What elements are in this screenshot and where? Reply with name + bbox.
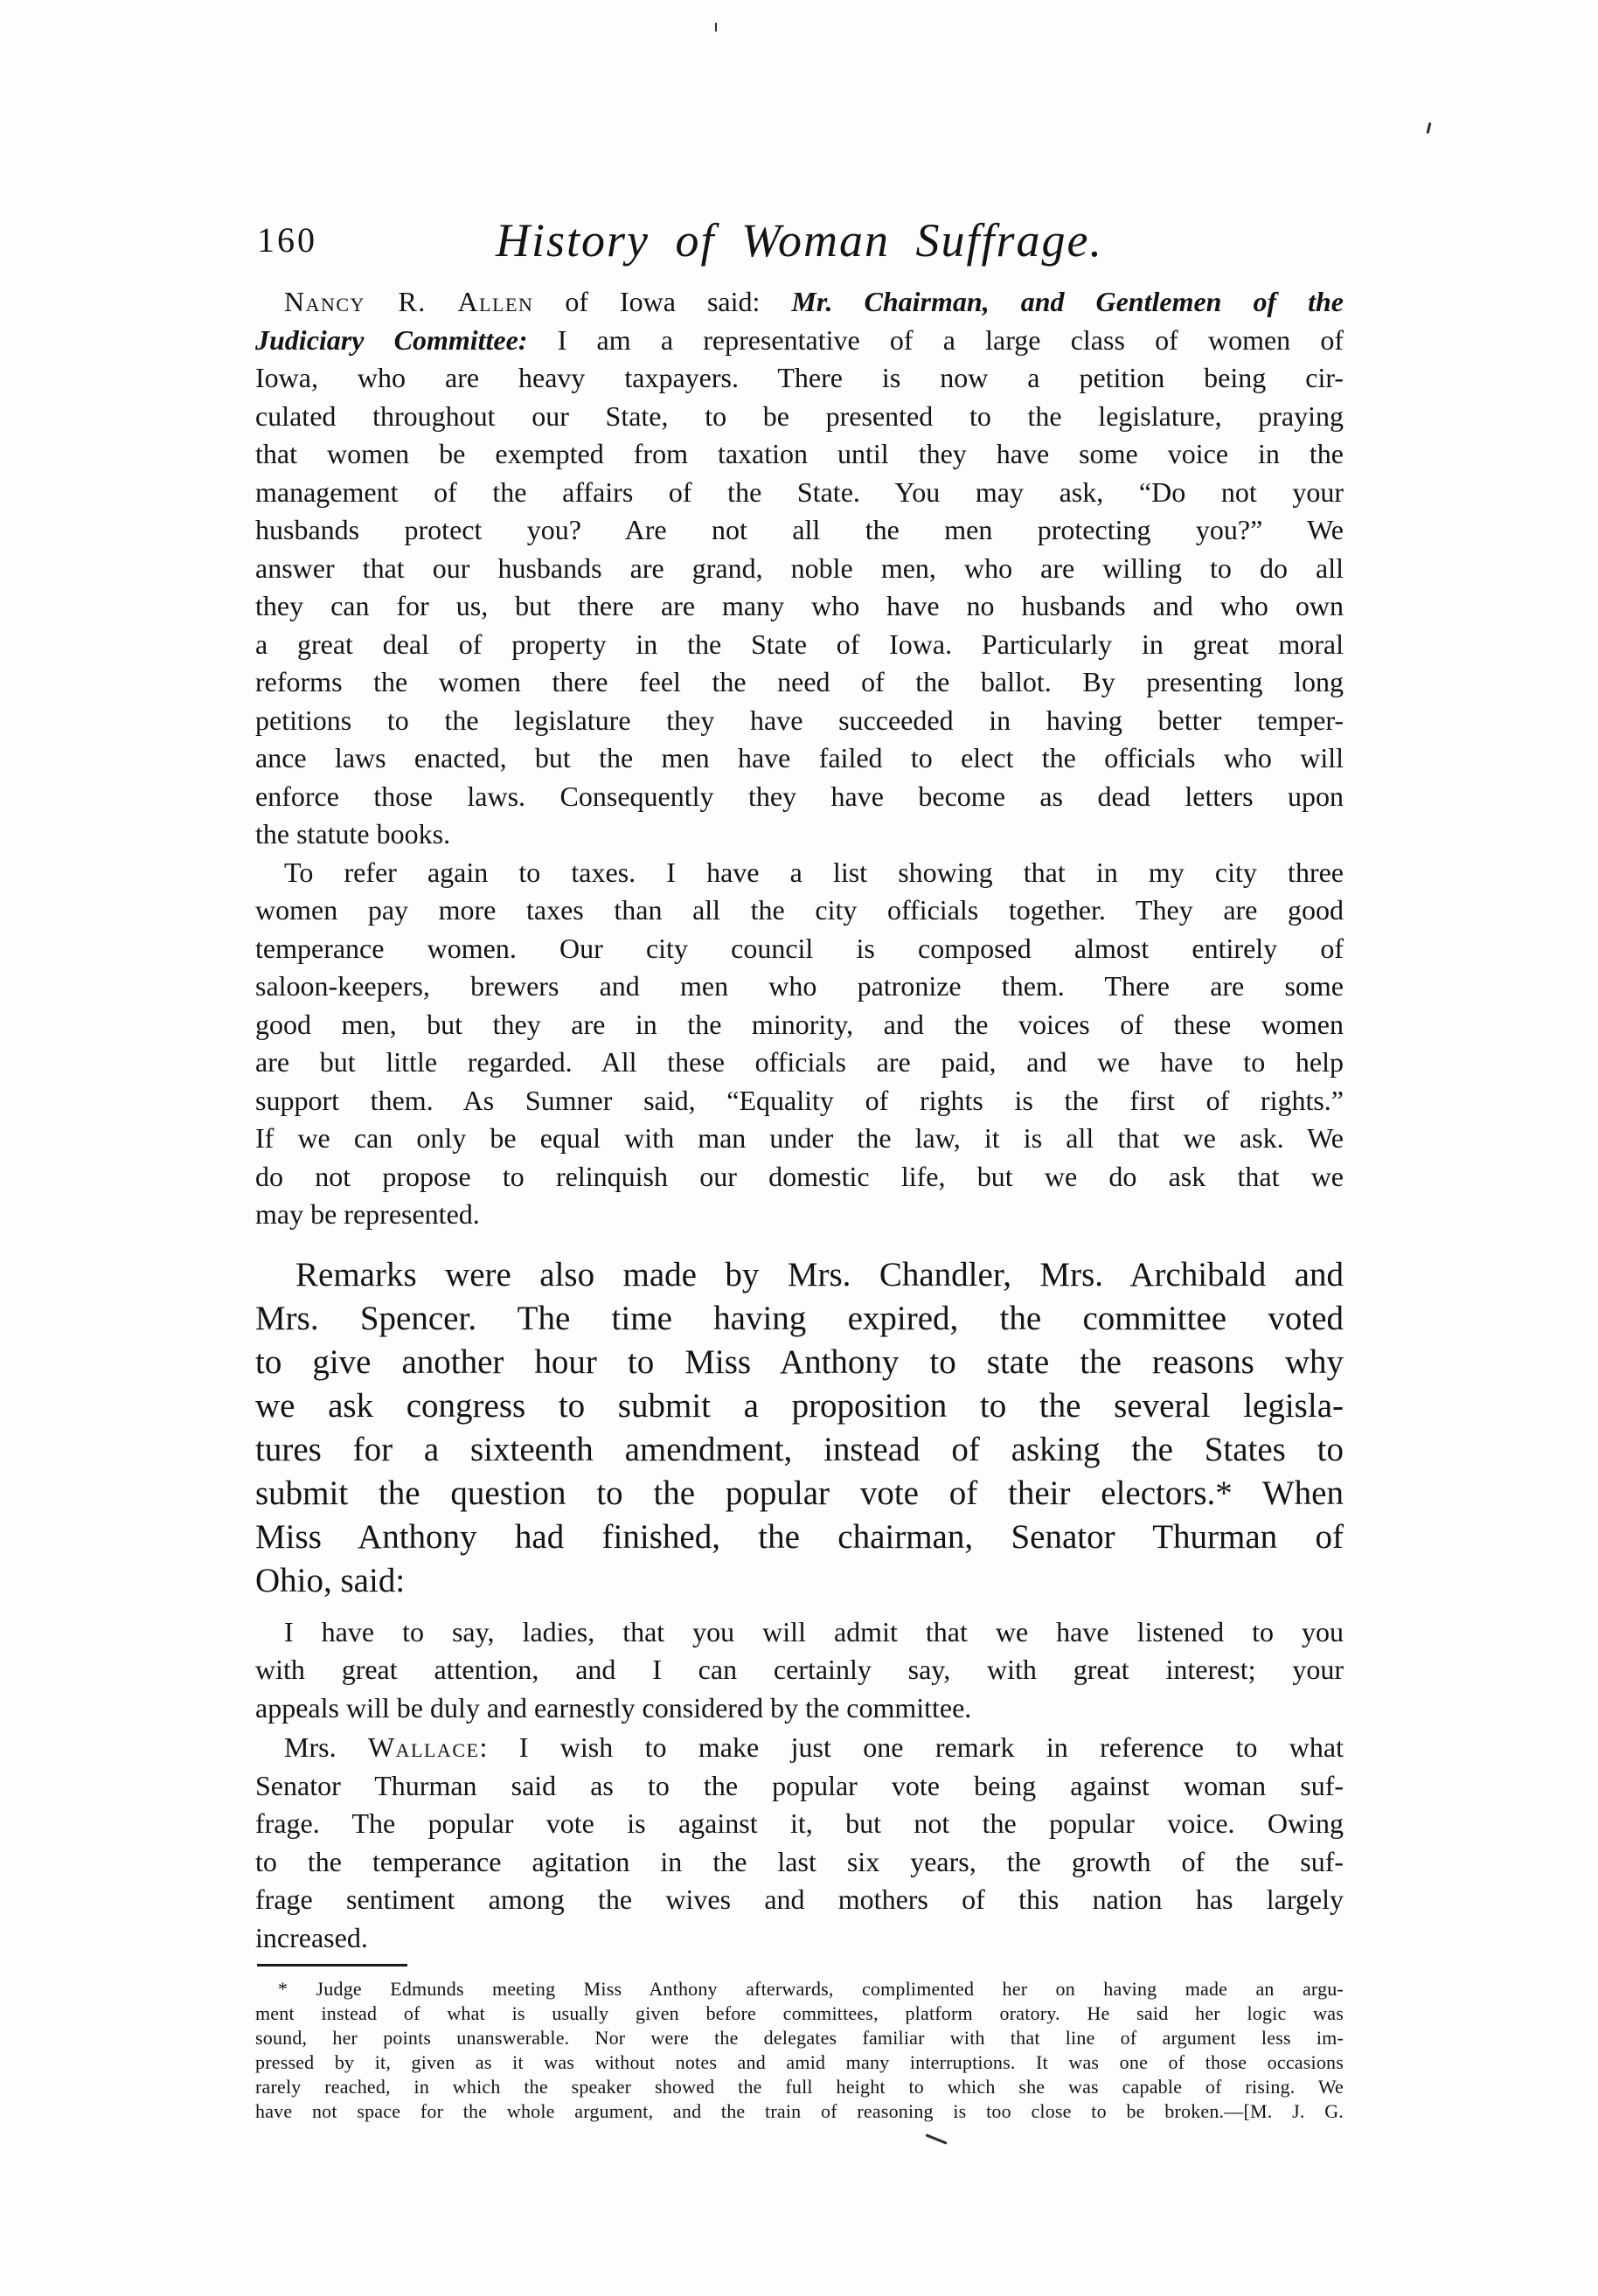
text-line: sound, her points unanswerable. Nor were… bbox=[255, 2026, 1344, 2050]
text-line: Mrs. Wallace: I wish to make just one re… bbox=[255, 1729, 1344, 1767]
paragraph-wallace: Mrs. Wallace: I wish to make just one re… bbox=[255, 1729, 1344, 1957]
text-run: of Iowa said: bbox=[533, 286, 791, 317]
text-line: To refer again to taxes. I have a list s… bbox=[255, 854, 1344, 892]
address-run: Judiciary Committee: bbox=[255, 324, 528, 356]
address-run: Mr. Chairman, and Gentlemen of the bbox=[791, 286, 1344, 317]
text-line: frage sentiment among the wives and moth… bbox=[255, 1881, 1344, 1919]
text-line: submit the question to the popular vote … bbox=[255, 1472, 1344, 1516]
text-line: I have to say, ladies, that you will adm… bbox=[255, 1613, 1344, 1652]
text-line: Senator Thurman said as to the popular v… bbox=[255, 1767, 1344, 1806]
text-line: Nancy R. Allen of Iowa said: Mr. Chairma… bbox=[255, 283, 1344, 322]
text-line: are but little regarded. All these offic… bbox=[255, 1044, 1344, 1082]
text-line: pressed by it, given as it was without n… bbox=[255, 2050, 1344, 2075]
text-line: appeals will be duly and earnestly consi… bbox=[255, 1689, 1344, 1728]
text-line: management of the affairs of the State. … bbox=[255, 474, 1344, 512]
text-line: tures for a sixteenth amendment, instead… bbox=[255, 1428, 1344, 1472]
text-line: rarely reached, in which the speaker sho… bbox=[255, 2075, 1344, 2099]
footnote: * Judge Edmunds meeting Miss Anthony aft… bbox=[255, 1977, 1344, 2124]
footnote-rule bbox=[257, 1964, 407, 1967]
text-line: If we can only be equal with man under t… bbox=[255, 1120, 1344, 1158]
text-line: that women be exempted from taxation unt… bbox=[255, 435, 1344, 474]
text-line: to give another hour to Miss Anthony to … bbox=[255, 1341, 1344, 1384]
scan-artifact bbox=[925, 2133, 947, 2145]
text-line: they can for us, but there are many who … bbox=[255, 587, 1344, 626]
scan-artifact bbox=[715, 23, 717, 31]
text-run: Mrs. bbox=[284, 1731, 368, 1763]
scan-artifact bbox=[1426, 122, 1431, 134]
text-line: Mrs. Spencer. The time having expired, t… bbox=[255, 1297, 1344, 1341]
text-line: Judiciary Committee: I am a representati… bbox=[255, 322, 1344, 360]
text-line: the statute books. bbox=[255, 815, 1344, 854]
text-line: culated throughout our State, to be pres… bbox=[255, 398, 1344, 436]
text-line: increased. bbox=[255, 1919, 1344, 1958]
paragraph-taxes: To refer again to taxes. I have a list s… bbox=[255, 854, 1344, 1234]
text-line: good men, but they are in the minority, … bbox=[255, 1006, 1344, 1044]
text-line: petitions to the legislature they have s… bbox=[255, 702, 1344, 740]
speaker-name: Nancy R. Allen bbox=[284, 286, 533, 317]
text-line: enforce those laws. Consequently they ha… bbox=[255, 778, 1344, 816]
text-line: we ask congress to submit a proposition … bbox=[255, 1384, 1344, 1428]
text-line: with great attention, and I can certainl… bbox=[255, 1651, 1344, 1689]
text-line: to the temperance agitation in the last … bbox=[255, 1843, 1344, 1882]
text-line: a great deal of property in the State of… bbox=[255, 626, 1344, 664]
text-line: Remarks were also made by Mrs. Chandler,… bbox=[255, 1253, 1344, 1297]
text-line: may be represented. bbox=[255, 1196, 1344, 1234]
text-line: have not space for the whole argument, a… bbox=[255, 2099, 1344, 2124]
text-block: Nancy R. Allen of Iowa said: Mr. Chairma… bbox=[255, 283, 1344, 2124]
text-run: : I wish to make just one remark in refe… bbox=[479, 1731, 1344, 1763]
text-line: women pay more taxes than all the city o… bbox=[255, 891, 1344, 930]
book-page: 160 History of Woman Suffrage. Nancy R. … bbox=[0, 0, 1598, 2296]
text-line: saloon-keepers, brewers and men who patr… bbox=[255, 968, 1344, 1006]
text-line: Iowa, who are heavy taxpayers. There is … bbox=[255, 359, 1344, 398]
text-line: answer that our husbands are grand, nobl… bbox=[255, 550, 1344, 588]
text-line: husbands protect you? Are not all the me… bbox=[255, 511, 1344, 550]
running-title: History of Woman Suffrage. bbox=[255, 213, 1344, 267]
paragraph-allen: Nancy R. Allen of Iowa said: Mr. Chairma… bbox=[255, 283, 1344, 854]
paragraph-thurman: I have to say, ladies, that you will adm… bbox=[255, 1613, 1344, 1728]
text-line: Miss Anthony had finished, the chairman,… bbox=[255, 1516, 1344, 1559]
text-line: support them. As Sumner said, “Equality … bbox=[255, 1082, 1344, 1120]
speaker-name: Wallace bbox=[368, 1731, 479, 1763]
text-line: temperance women. Our city council is co… bbox=[255, 930, 1344, 968]
text-line: * Judge Edmunds meeting Miss Anthony aft… bbox=[255, 1977, 1344, 2001]
text-line: ance laws enacted, but the men have fail… bbox=[255, 739, 1344, 778]
paragraph-remarks: Remarks were also made by Mrs. Chandler,… bbox=[255, 1253, 1344, 1603]
text-line: frage. The popular vote is against it, b… bbox=[255, 1805, 1344, 1843]
text-run: I am a representative of a large class o… bbox=[528, 324, 1344, 356]
text-line: reforms the women there feel the need of… bbox=[255, 663, 1344, 702]
page-header: 160 History of Woman Suffrage. bbox=[255, 199, 1344, 267]
text-line: do not propose to relinquish our domesti… bbox=[255, 1158, 1344, 1197]
text-line: Ohio, said: bbox=[255, 1559, 1344, 1603]
text-line: ment instead of what is usually given be… bbox=[255, 2001, 1344, 2026]
